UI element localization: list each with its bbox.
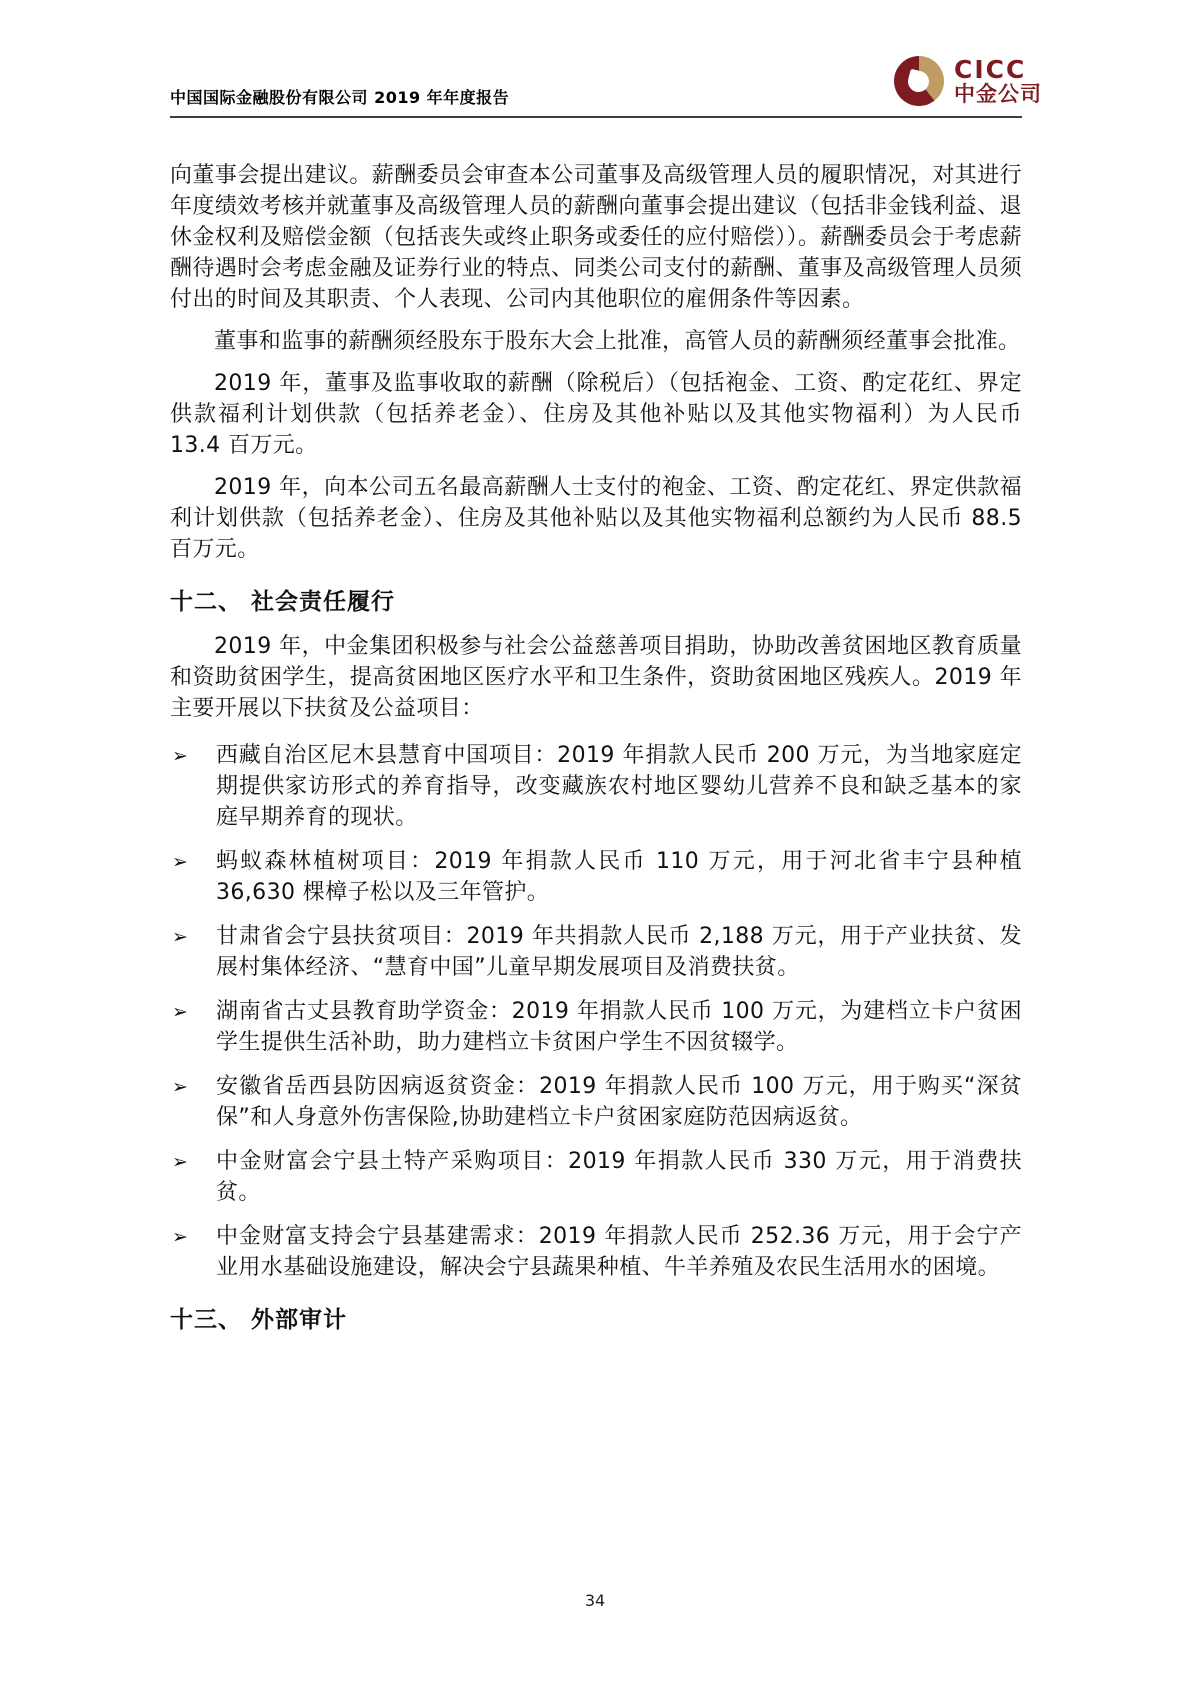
arrow-bullet-icon: ➢ (172, 847, 188, 878)
arrow-bullet-icon: ➢ (172, 1072, 188, 1103)
arrow-bullet-icon: ➢ (172, 1222, 188, 1253)
section-12-lead-paragraph: 2019 年，中金集团积极参与社会公益慈善项目捐助，协助改善贫困地区教育质量和资… (170, 631, 1022, 724)
section-13-heading: 十三、 外部审计 (170, 1301, 1022, 1334)
list-item: ➢ 中金财富会宁县土特产采购项目：2019 年捐款人民币 330 万元，用于消费… (170, 1146, 1022, 1208)
report-header: 中国国际金融股份有限公司 2019 年年度报告 CICC 中金公司 (170, 0, 1022, 118)
page-number: 34 (0, 1591, 1190, 1610)
page-content: 向董事会提出建议。薪酬委员会审查本公司董事及高级管理人员的履职情况，对其进行年度… (170, 118, 1022, 1334)
cicc-logo: CICC 中金公司 (894, 56, 1042, 106)
list-item-text: 中金财富会宁县土特产采购项目：2019 年捐款人民币 330 万元，用于消费扶贫… (216, 1149, 1022, 1205)
report-title: 中国国际金融股份有限公司 2019 年年度报告 (170, 85, 509, 108)
logo-brand-zh: 中金公司 (954, 83, 1042, 105)
body-paragraph: 2019 年，向本公司五名最高薪酬人士支付的袍金、工资、酌定花红、界定供款福利计… (170, 472, 1022, 565)
body-paragraph: 董事和监事的薪酬须经股东于股东大会上批准，高管人员的薪酬须经董事会批准。 (170, 326, 1022, 357)
arrow-bullet-icon: ➢ (172, 1147, 188, 1178)
list-item-text: 蚂蚁森林植树项目：2019 年捐款人民币 110 万元，用于河北省丰宁县种植 3… (216, 849, 1022, 905)
list-item: ➢ 中金财富支持会宁县基建需求：2019 年捐款人民币 252.36 万元，用于… (170, 1221, 1022, 1283)
list-item: ➢ 西藏自治区尼木县慧育中国项目：2019 年捐款人民币 200 万元，为当地家… (170, 740, 1022, 833)
body-paragraph: 2019 年，董事及监事收取的薪酬（除税后）（包括袍金、工资、酌定花红、界定供款… (170, 368, 1022, 461)
list-item-text: 中金财富支持会宁县基建需求：2019 年捐款人民币 252.36 万元，用于会宁… (216, 1224, 1022, 1280)
charity-project-list: ➢ 西藏自治区尼木县慧育中国项目：2019 年捐款人民币 200 万元，为当地家… (170, 740, 1022, 1283)
list-item: ➢ 安徽省岳西县防因病返贫资金：2019 年捐款人民币 100 万元，用于购买“… (170, 1071, 1022, 1133)
cicc-logo-wordmark: CICC 中金公司 (954, 57, 1042, 105)
list-item: ➢ 蚂蚁森林植树项目：2019 年捐款人民币 110 万元，用于河北省丰宁县种植… (170, 846, 1022, 908)
arrow-bullet-icon: ➢ (172, 922, 188, 953)
body-paragraph: 向董事会提出建议。薪酬委员会审查本公司董事及高级管理人员的履职情况，对其进行年度… (170, 160, 1022, 315)
cicc-logo-icon (894, 56, 944, 106)
list-item: ➢ 湖南省古丈县教育助学资金：2019 年捐款人民币 100 万元，为建档立卡户… (170, 996, 1022, 1058)
logo-brand-en: CICC (954, 57, 1042, 83)
report-page: 中国国际金融股份有限公司 2019 年年度报告 CICC 中金公司 向董事会提出… (0, 0, 1190, 1684)
arrow-bullet-icon: ➢ (172, 997, 188, 1028)
arrow-bullet-icon: ➢ (172, 741, 188, 772)
list-item-text: 甘肃省会宁县扶贫项目：2019 年共捐款人民币 2,188 万元，用于产业扶贫、… (216, 924, 1022, 980)
section-12-heading: 十二、 社会责任履行 (170, 583, 1022, 616)
list-item-text: 安徽省岳西县防因病返贫资金：2019 年捐款人民币 100 万元，用于购买“深贫… (216, 1074, 1022, 1130)
list-item: ➢ 甘肃省会宁县扶贫项目：2019 年共捐款人民币 2,188 万元，用于产业扶… (170, 921, 1022, 983)
list-item-text: 湖南省古丈县教育助学资金：2019 年捐款人民币 100 万元，为建档立卡户贫困… (216, 999, 1022, 1055)
list-item-text: 西藏自治区尼木县慧育中国项目：2019 年捐款人民币 200 万元，为当地家庭定… (216, 743, 1022, 830)
